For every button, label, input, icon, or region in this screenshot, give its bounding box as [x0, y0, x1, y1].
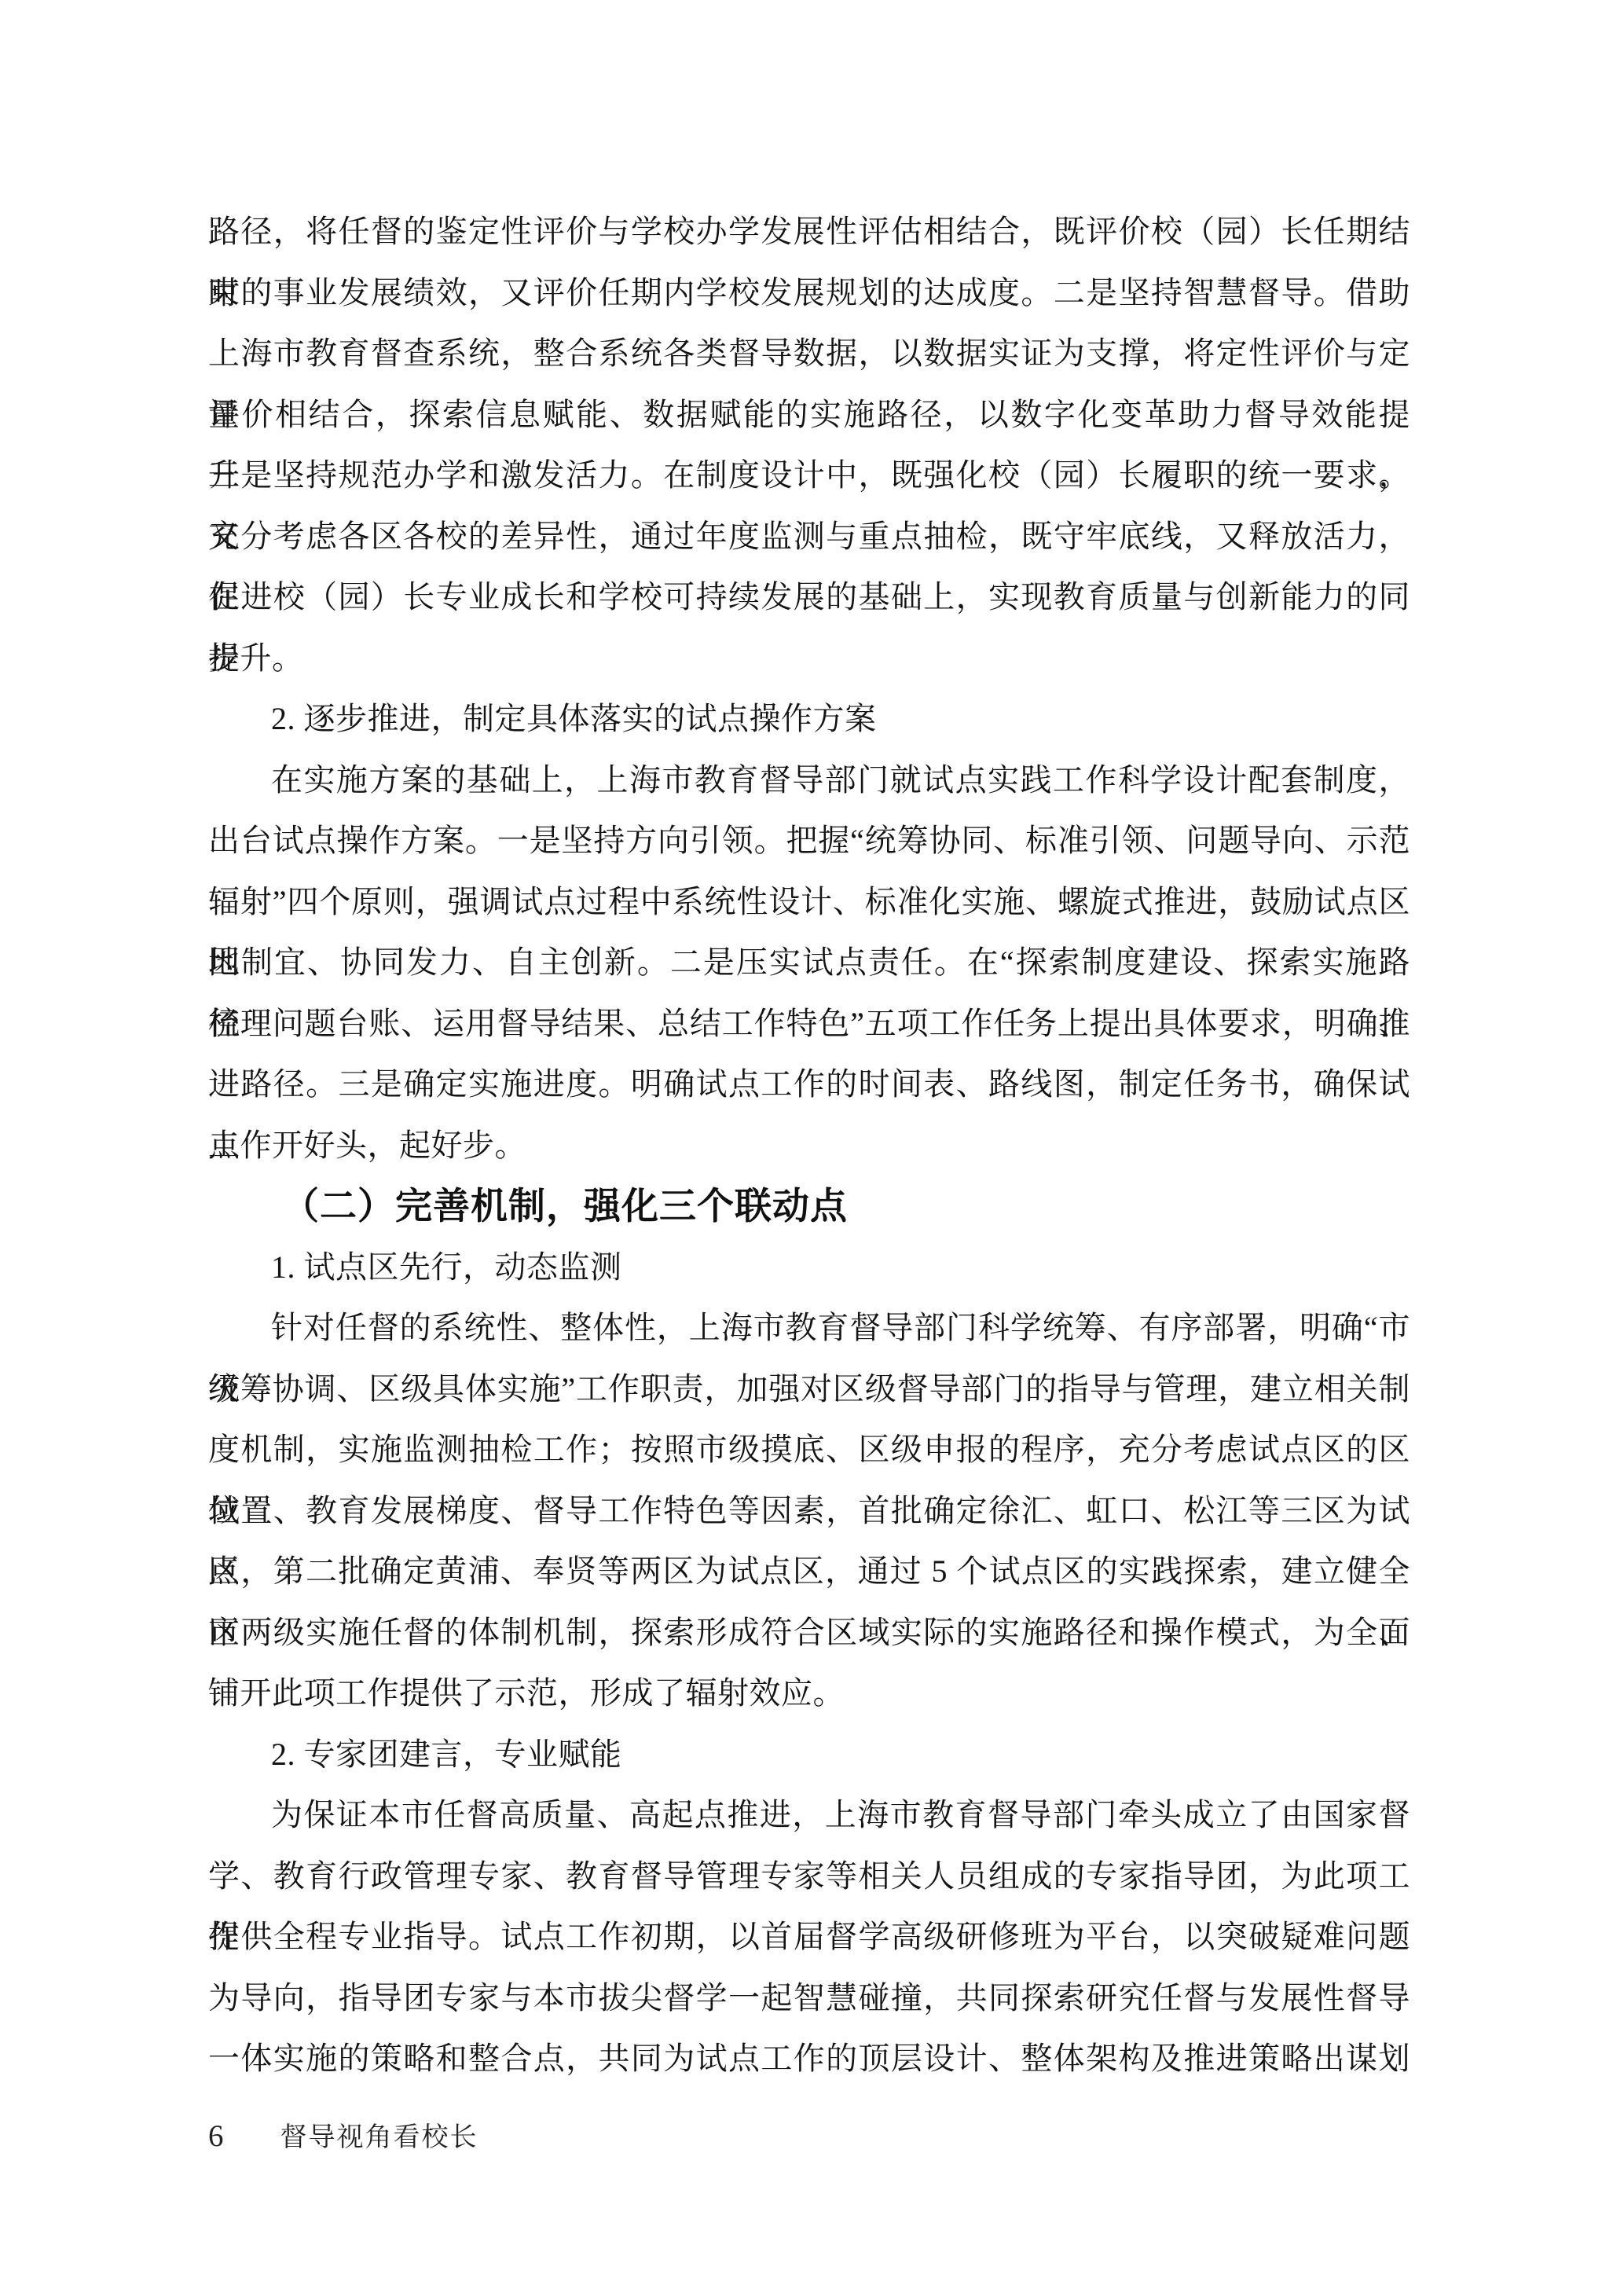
running-title: 督导视角看校长 — [280, 2115, 478, 2154]
text-line: 工作开好头，起好步。 — [208, 1115, 1410, 1176]
text-line: 位置、教育发展梯度、督导工作特色等因素，首批确定徐汇、虹口、松江等三区为试点 — [208, 1480, 1410, 1542]
text-line: 提供全程专业指导。试点工作初期，以首届督学高级研修班为平台，以突破疑难问题 — [208, 1906, 1410, 1968]
text-line: 统筹协调、区级具体实施”工作职责，加强对区级督导部门的指导与管理，建立相关制 — [208, 1359, 1410, 1420]
text-line: 评价相结合，探索信息赋能、数据赋能的实施路径，以数字化变革助力督导效能提升。 — [208, 384, 1410, 446]
subsection-heading: 2. 逐步推进，制定具体落实的试点操作方案 — [208, 688, 1410, 750]
text-line: 充分考虑各区各校的差异性，通过年度监测与重点抽检，既守牢底线，又释放活力，在 — [208, 506, 1410, 567]
subsection-heading: 1. 试点区先行，动态监测 — [208, 1237, 1410, 1298]
text-line: 为保证本市任督高质量、高起点推进，上海市教育督导部门牵头成立了由国家督 — [208, 1784, 1410, 1846]
text-line: 上海市教育督查系统，整合系统各类督导数据，以数据实证为支撑，将定性评价与定量 — [208, 323, 1410, 384]
text-line: 路径，将任督的鉴定性评价与学校办学发展性评估相结合，既评价校（园）长任期结束 — [208, 201, 1410, 262]
text-line: 区，第二批确定黄浦、奉贤等两区为试点区，通过 5 个试点区的实践探索，建立健全市… — [208, 1541, 1410, 1602]
text-line: 促进校（园）长专业成长和学校可持续发展的基础上，实现教育质量与创新能力的同步 — [208, 567, 1410, 628]
text-line: 出台试点操作方案。一是坚持方向引领。把握“统筹协同、标准引领、问题导向、示范 — [208, 810, 1410, 871]
text-line: 为导向，指导团专家与本市拔尖督学一起智慧碰撞，共同探索研究任督与发展性督导 — [208, 1968, 1410, 2029]
text-line: 梳理问题台账、运用督导结果、总结工作特色”五项工作任务上提出具体要求，明确推 — [208, 993, 1410, 1054]
text-line: 进路径。三是确定实施进度。明确试点工作的时间表、路线图，制定任务书，确保试点 — [208, 1054, 1410, 1115]
text-line: 辐射”四个原则，强调试点过程中系统性设计、标准化实施、螺旋式推进，鼓励试点区因 — [208, 871, 1410, 933]
text-line: 一体实施的策略和整合点，共同为试点工作的顶层设计、整体架构及推进策略出谋划 — [208, 2028, 1410, 2089]
text-line: 提升。 — [208, 628, 1410, 689]
text-line: 时的事业发展绩效，又评价任期内学校发展规划的达成度。二是坚持智慧督导。借助 — [208, 262, 1410, 324]
page-number: 6 — [208, 2118, 224, 2154]
text-line: 学、教育行政管理专家、教育督导管理专家等相关人员组成的专家指导团，为此项工作 — [208, 1846, 1410, 1907]
document-page: 路径，将任督的鉴定性评价与学校办学发展性评估相结合，既评价校（园）长任期结束时的… — [0, 0, 1624, 2274]
page-footer: 6 督导视角看校长 — [208, 2115, 1410, 2155]
text-line: 在实施方案的基础上，上海市教育督导部门就试点实践工作科学设计配套制度， — [208, 750, 1410, 811]
text-block: 路径，将任督的鉴定性评价与学校办学发展性评估相结合，既评价校（园）长任期结束时的… — [208, 201, 1410, 2089]
text-line: 度机制，实施监测抽检工作；按照市级摸底、区级申报的程序，充分考虑试点区的区域 — [208, 1419, 1410, 1480]
subsection-heading: 2. 专家团建言，专业赋能 — [208, 1724, 1410, 1785]
text-line: 针对任督的系统性、整体性，上海市教育督导部门科学统筹、有序部署，明确“市级 — [208, 1297, 1410, 1359]
text-line: 地制宜、协同发力、自主创新。二是压实试点责任。在“探索制度建设、探索实施路径、 — [208, 932, 1410, 993]
text-line: 区两级实施任督的体制机制，探索形成符合区域实际的实施路径和操作模式，为全面 — [208, 1602, 1410, 1663]
text-line: 铺开此项工作提供了示范，形成了辐射效应。 — [208, 1663, 1410, 1724]
text-line: 三是坚持规范办学和激发活力。在制度设计中，既强化校（园）长履职的统一要求，又 — [208, 445, 1410, 506]
section-heading: （二）完善机制，强化三个联动点 — [208, 1176, 1410, 1237]
